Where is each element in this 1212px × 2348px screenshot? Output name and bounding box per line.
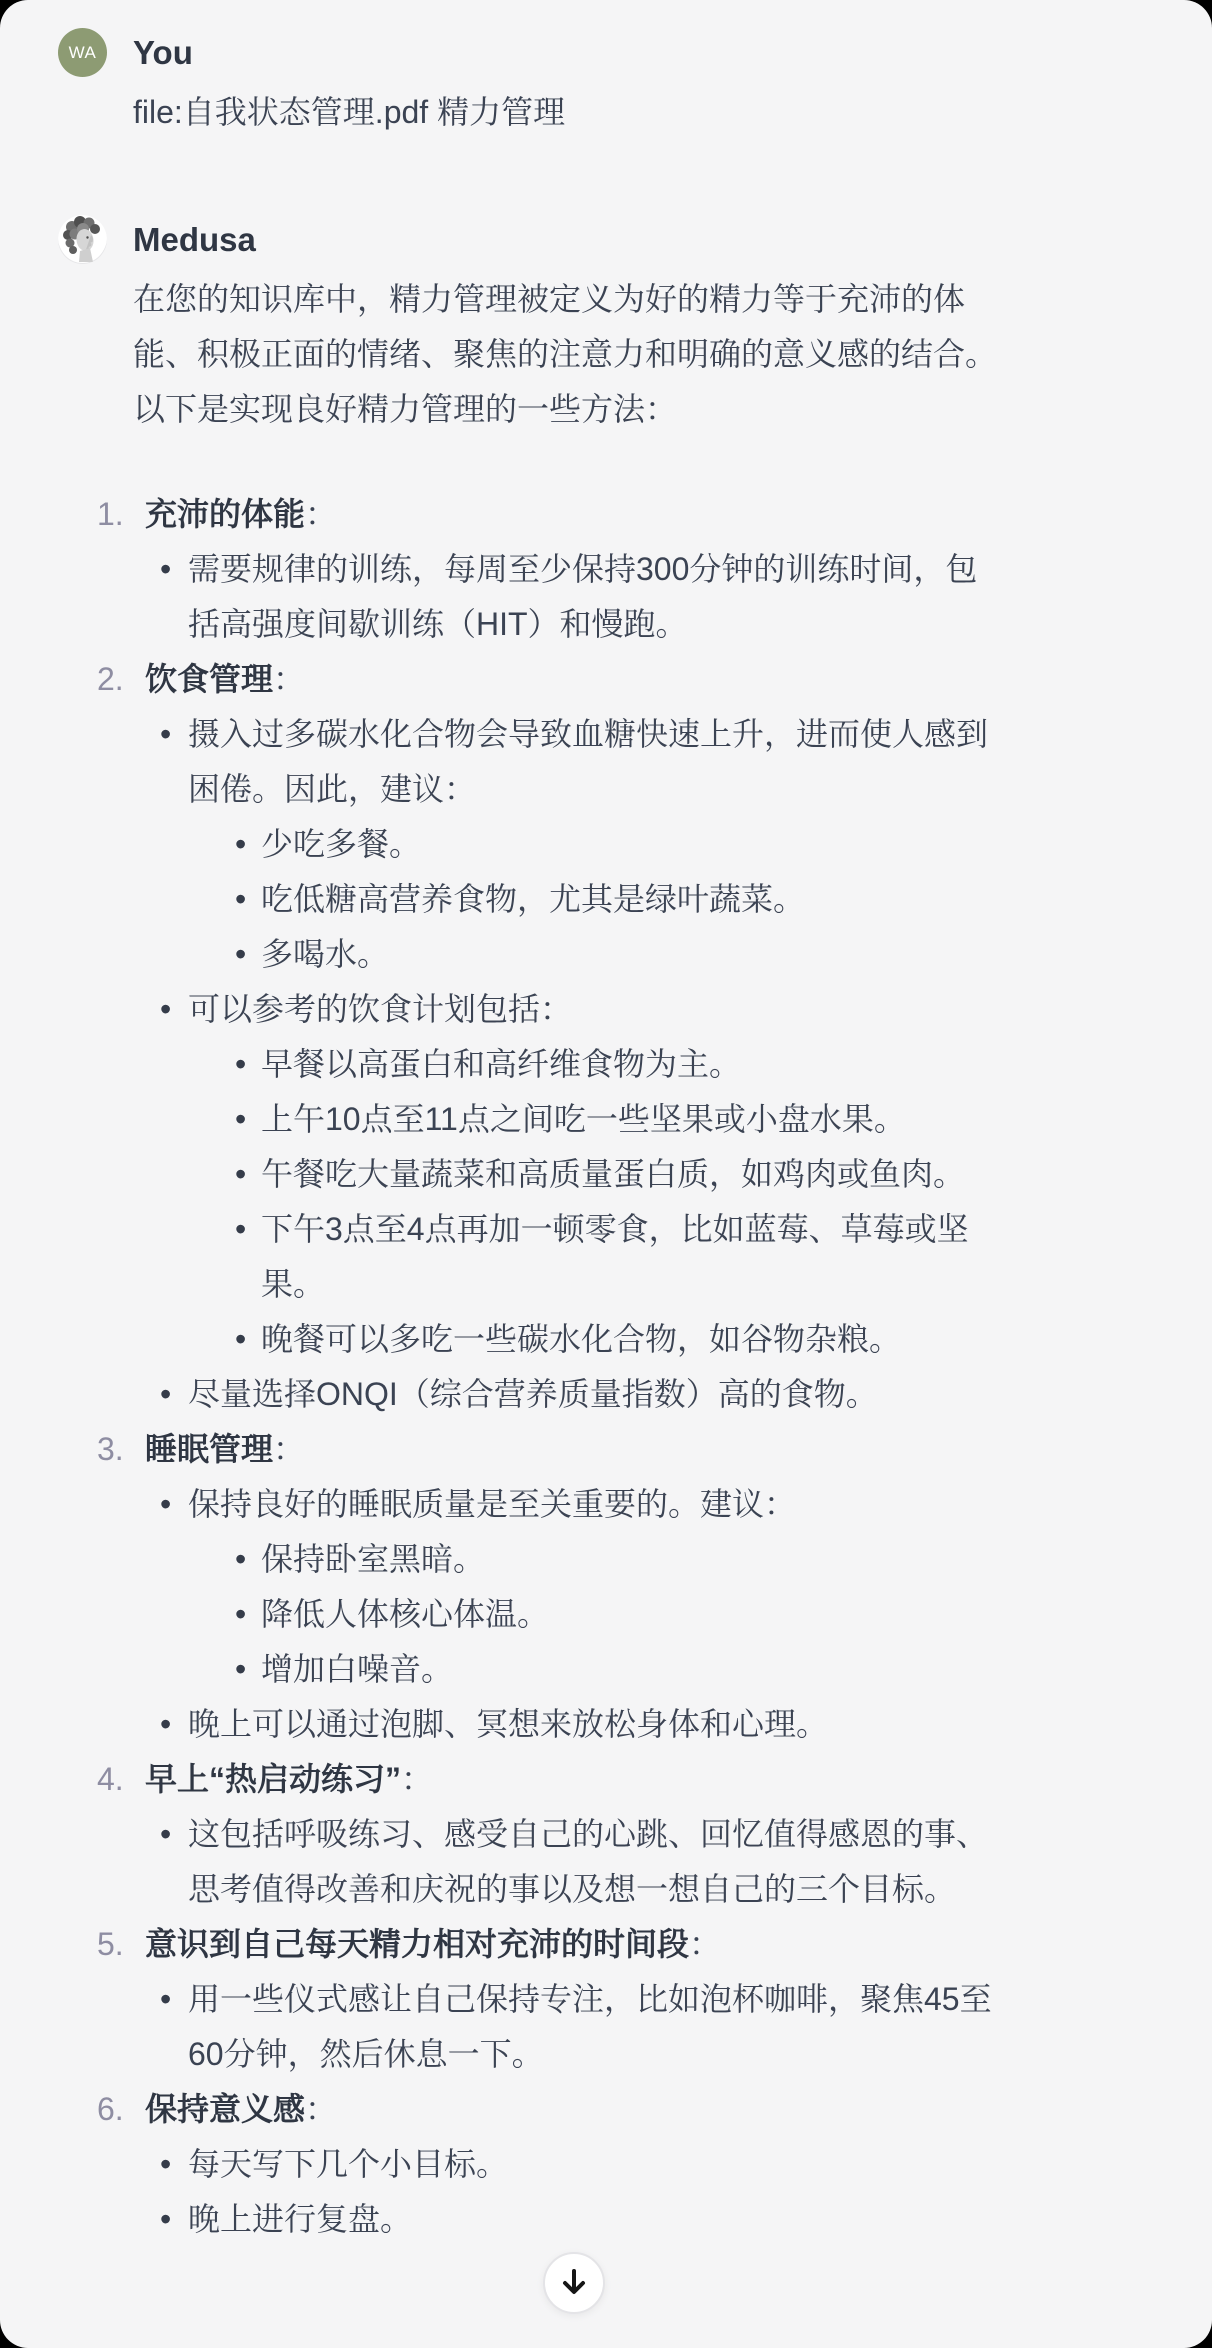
bullet-row: •可以参考的饮食计划包括： [160, 982, 1003, 1037]
sub-bullet-item: •下午3点至4点再加一顿零食，比如蓝莓、草莓或坚果。 [235, 1202, 1003, 1312]
list-item-heading: 3.睡眠管理： [97, 1422, 1003, 1477]
list-item-colon: ： [689, 1917, 721, 1972]
bullet-row: •这包括呼吸练习、感受自己的心跳、回忆值得感恩的事、思考值得改善和庆祝的事以及想… [160, 1807, 1003, 1917]
numbered-list: 1.充沛的体能：•需要规律的训练，每周至少保持300分钟的训练时间，包括高强度间… [133, 487, 1003, 2247]
bullet-row: •吃低糖高营养食物，尤其是绿叶蔬菜。 [235, 872, 1003, 927]
bullet-text: 少吃多餐。 [261, 817, 1003, 872]
list-item: 6.保持意义感：•每天写下几个小目标。•晚上进行复盘。 [133, 2082, 1003, 2247]
bullet-icon: • [160, 1477, 188, 1532]
bullet-icon: • [235, 927, 261, 982]
list-item-number: 3. [97, 1422, 145, 1477]
list-item-title: 意识到自己每天精力相对充沛的时间段 [145, 1917, 689, 1972]
bullet-text: 晚餐可以多吃一些碳水化合物，如谷物杂粮。 [261, 1312, 1003, 1367]
list-item-title: 充沛的体能 [145, 487, 305, 542]
list-item-number: 5. [97, 1917, 145, 1972]
sub-bullet-item: •多喝水。 [235, 927, 1003, 982]
bullet-item: •需要规律的训练，每周至少保持300分钟的训练时间，包括高强度间歇训练（HIT）… [160, 542, 1003, 652]
list-item-heading: 1.充沛的体能： [97, 487, 1003, 542]
list-item-colon: ： [273, 1422, 305, 1477]
bullet-icon: • [160, 1697, 188, 1752]
bullet-item: •晚上进行复盘。 [160, 2192, 1003, 2247]
sub-bullet-item: •上午10点至11点之间吃一些坚果或小盘水果。 [235, 1092, 1003, 1147]
bullet-icon: • [235, 1587, 261, 1642]
bullet-row: •少吃多餐。 [235, 817, 1003, 872]
sender-name: Medusa [133, 215, 1154, 264]
chat-window: WA You file:自我状态管理.pdf 精力管理 [0, 0, 1212, 2348]
sub-bullet-item: •早餐以高蛋白和高纤维食物为主。 [235, 1037, 1003, 1092]
bullet-item: •这包括呼吸练习、感受自己的心跳、回忆值得感恩的事、思考值得改善和庆祝的事以及想… [160, 1807, 1003, 1917]
bullet-icon: • [160, 707, 188, 817]
bullet-icon: • [235, 1642, 261, 1697]
bullet-row: •保持良好的睡眠质量是至关重要的。建议： [160, 1477, 1003, 1532]
sub-bullet-item: •晚餐可以多吃一些碳水化合物，如谷物杂粮。 [235, 1312, 1003, 1367]
bullet-text: 晚上进行复盘。 [188, 2192, 1003, 2247]
user-avatar-initials: WA [69, 43, 97, 63]
bullet-icon: • [160, 1367, 188, 1422]
bullet-row: •早餐以高蛋白和高纤维食物为主。 [235, 1037, 1003, 1092]
bullet-item: •尽量选择ONQI（综合营养质量指数）高的食物。 [160, 1367, 1003, 1422]
bullet-row: •用一些仪式感让自己保持专注，比如泡杯咖啡，聚焦45至60分钟，然后休息一下。 [160, 1972, 1003, 2082]
bullet-icon: • [160, 2192, 188, 2247]
sub-bullet-item: •吃低糖高营养食物，尤其是绿叶蔬菜。 [235, 872, 1003, 927]
bullet-text: 保持卧室黑暗。 [261, 1532, 1003, 1587]
user-avatar: WA [58, 28, 107, 77]
list-item-number: 6. [97, 2082, 145, 2137]
list-item: 3.睡眠管理：•保持良好的睡眠质量是至关重要的。建议：•保持卧室黑暗。•降低人体… [133, 1422, 1003, 1752]
bullet-item: •用一些仪式感让自己保持专注，比如泡杯咖啡，聚焦45至60分钟，然后休息一下。 [160, 1972, 1003, 2082]
scroll-to-bottom-button[interactable] [543, 2252, 605, 2314]
bullet-icon: • [235, 817, 261, 872]
bullet-icon: • [160, 982, 188, 1037]
bullet-text: 降低人体核心体温。 [261, 1587, 1003, 1642]
list-item: 2.饮食管理：•摄入过多碳水化合物会导致血糖快速上升，进而使人感到困倦。因此，建… [133, 652, 1003, 1422]
down-arrow-icon [560, 2267, 588, 2300]
bullet-text: 保持良好的睡眠质量是至关重要的。建议： [188, 1477, 1003, 1532]
bullet-text: 这包括呼吸练习、感受自己的心跳、回忆值得感恩的事、思考值得改善和庆祝的事以及想一… [188, 1807, 1003, 1917]
bullet-text: 摄入过多碳水化合物会导致血糖快速上升，进而使人感到困倦。因此，建议： [188, 707, 1003, 817]
bullet-text: 下午3点至4点再加一顿零食，比如蓝莓、草莓或坚果。 [261, 1202, 1003, 1312]
bullet-text: 上午10点至11点之间吃一些坚果或小盘水果。 [261, 1092, 1003, 1147]
list-item: 4.早上“热启动练习”：•这包括呼吸练习、感受自己的心跳、回忆值得感恩的事、思考… [133, 1752, 1003, 1917]
bullet-row: •需要规律的训练，每周至少保持300分钟的训练时间，包括高强度间歇训练（HIT）… [160, 542, 1003, 652]
sub-bullet-item: •保持卧室黑暗。 [235, 1532, 1003, 1587]
list-item-number: 4. [97, 1752, 145, 1807]
sender-name: You [133, 28, 1154, 77]
list-item-title: 保持意义感 [145, 2082, 305, 2137]
list-item-number: 2. [97, 652, 145, 707]
bullet-text: 多喝水。 [261, 927, 1003, 982]
bullet-row: •晚上可以通过泡脚、冥想来放松身体和心理。 [160, 1697, 1003, 1752]
bullet-item: •保持良好的睡眠质量是至关重要的。建议：•保持卧室黑暗。•降低人体核心体温。•增… [160, 1477, 1003, 1697]
list-item-title: 睡眠管理 [145, 1422, 273, 1477]
bullet-text: 用一些仪式感让自己保持专注，比如泡杯咖啡，聚焦45至60分钟，然后休息一下。 [188, 1972, 1003, 2082]
bullet-icon: • [160, 2137, 188, 2192]
bullet-text: 尽量选择ONQI（综合营养质量指数）高的食物。 [188, 1367, 1003, 1422]
user-message: WA You file:自我状态管理.pdf 精力管理 [58, 28, 1154, 140]
bullet-icon: • [160, 1807, 188, 1917]
list-item-heading: 4.早上“热启动练习”： [97, 1752, 1003, 1807]
bullet-item: •可以参考的饮食计划包括：•早餐以高蛋白和高纤维食物为主。•上午10点至11点之… [160, 982, 1003, 1367]
bullet-item: •每天写下几个小目标。 [160, 2137, 1003, 2192]
bullet-icon: • [235, 1312, 261, 1367]
bullet-row: •保持卧室黑暗。 [235, 1532, 1003, 1587]
list-item-heading: 2.饮食管理： [97, 652, 1003, 707]
list-item-colon: ： [401, 1752, 433, 1807]
assistant-message-body: 在您的知识库中，精力管理被定义为好的精力等于充沛的体能、积极正面的情绪、聚焦的注… [133, 272, 1003, 2247]
bullet-row: •下午3点至4点再加一顿零食，比如蓝莓、草莓或坚果。 [235, 1202, 1003, 1312]
list-item: 5.意识到自己每天精力相对充沛的时间段：•用一些仪式感让自己保持专注，比如泡杯咖… [133, 1917, 1003, 2082]
bullet-icon: • [235, 1147, 261, 1202]
list-item-colon: ： [305, 487, 337, 542]
sub-bullet-item: •增加白噪音。 [235, 1642, 1003, 1697]
bullet-row: •摄入过多碳水化合物会导致血糖快速上升，进而使人感到困倦。因此，建议： [160, 707, 1003, 817]
sub-bullet-item: •少吃多餐。 [235, 817, 1003, 872]
bullet-item: •摄入过多碳水化合物会导致血糖快速上升，进而使人感到困倦。因此，建议：•少吃多餐… [160, 707, 1003, 982]
bullet-text: 增加白噪音。 [261, 1642, 1003, 1697]
bullet-text: 晚上可以通过泡脚、冥想来放松身体和心理。 [188, 1697, 1003, 1752]
assistant-message: Medusa 在您的知识库中，精力管理被定义为好的精力等于充沛的体能、积极正面的… [58, 215, 1154, 2247]
bullet-text: 吃低糖高营养食物，尤其是绿叶蔬菜。 [261, 872, 1003, 927]
bullet-row: •尽量选择ONQI（综合营养质量指数）高的食物。 [160, 1367, 1003, 1422]
message-text: file:自我状态管理.pdf 精力管理 [133, 85, 1003, 140]
bullet-item: •晚上可以通过泡脚、冥想来放松身体和心理。 [160, 1697, 1003, 1752]
medusa-statue-icon [58, 215, 107, 264]
bullet-row: •晚上进行复盘。 [160, 2192, 1003, 2247]
intro-paragraph: 在您的知识库中，精力管理被定义为好的精力等于充沛的体能、积极正面的情绪、聚焦的注… [133, 272, 1003, 437]
bullet-icon: • [160, 1972, 188, 2082]
bullet-icon: • [235, 1532, 261, 1587]
list-item-number: 1. [97, 487, 145, 542]
conversation: WA You file:自我状态管理.pdf 精力管理 [0, 0, 1212, 2247]
bullet-text: 可以参考的饮食计划包括： [188, 982, 1003, 1037]
bullet-text: 需要规律的训练，每周至少保持300分钟的训练时间，包括高强度间歇训练（HIT）和… [188, 542, 1003, 652]
bullet-row: •每天写下几个小目标。 [160, 2137, 1003, 2192]
assistant-avatar [58, 215, 107, 264]
bullet-icon: • [235, 1092, 261, 1147]
bullet-row: •降低人体核心体温。 [235, 1587, 1003, 1642]
list-item-colon: ： [273, 652, 305, 707]
bullet-row: •上午10点至11点之间吃一些坚果或小盘水果。 [235, 1092, 1003, 1147]
list-item-title: 早上“热启动练习” [145, 1752, 401, 1807]
bullet-icon: • [235, 872, 261, 927]
bullet-row: •增加白噪音。 [235, 1642, 1003, 1697]
list-item-heading: 5.意识到自己每天精力相对充沛的时间段： [97, 1917, 1003, 1972]
list-item-heading: 6.保持意义感： [97, 2082, 1003, 2137]
bullet-icon: • [160, 542, 188, 652]
bullet-row: •午餐吃大量蔬菜和高质量蛋白质，如鸡肉或鱼肉。 [235, 1147, 1003, 1202]
list-item: 1.充沛的体能：•需要规律的训练，每周至少保持300分钟的训练时间，包括高强度间… [133, 487, 1003, 652]
list-item-title: 饮食管理 [145, 652, 273, 707]
bullet-icon: • [235, 1037, 261, 1092]
bullet-row: •多喝水。 [235, 927, 1003, 982]
bullet-text: 早餐以高蛋白和高纤维食物为主。 [261, 1037, 1003, 1092]
sub-bullet-item: •降低人体核心体温。 [235, 1587, 1003, 1642]
list-item-colon: ： [305, 2082, 337, 2137]
sub-bullet-item: •午餐吃大量蔬菜和高质量蛋白质，如鸡肉或鱼肉。 [235, 1147, 1003, 1202]
bullet-text: 午餐吃大量蔬菜和高质量蛋白质，如鸡肉或鱼肉。 [261, 1147, 1003, 1202]
bullet-icon: • [235, 1202, 261, 1312]
bullet-row: •晚餐可以多吃一些碳水化合物，如谷物杂粮。 [235, 1312, 1003, 1367]
bullet-text: 每天写下几个小目标。 [188, 2137, 1003, 2192]
